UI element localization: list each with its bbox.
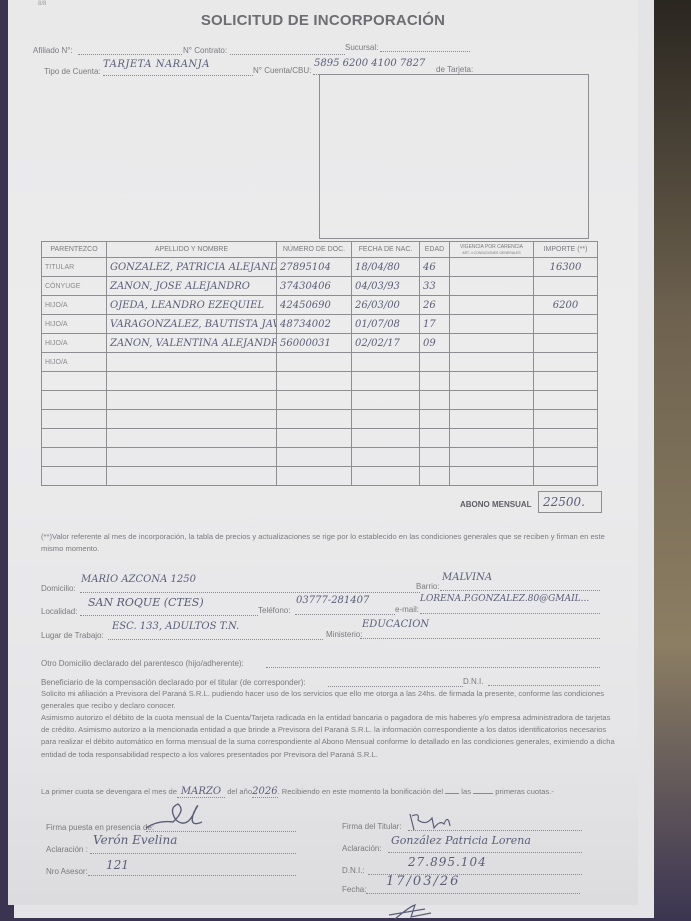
cell-doc[interactable]: 27895104 bbox=[277, 258, 352, 277]
cell-nombre[interactable]: ZANON, VALENTINA ALEJANDRA bbox=[107, 334, 277, 353]
cell-parentesco bbox=[42, 410, 107, 429]
cell-doc[interactable] bbox=[277, 353, 352, 372]
titular-dni-label: D.N.I.: bbox=[342, 866, 365, 875]
cell-vigencia[interactable] bbox=[450, 353, 534, 372]
cell-parentesco bbox=[42, 467, 107, 486]
col-edad: EDAD bbox=[420, 242, 450, 258]
cell-vigencia[interactable] bbox=[450, 277, 534, 296]
afiliado-label: Afiliado N°: bbox=[33, 46, 73, 55]
cell-nombre[interactable] bbox=[107, 353, 277, 372]
cell-importe[interactable] bbox=[534, 353, 598, 372]
table-row: HIJO/AOJEDA, LEANDRO EZEQUIEL4245069026/… bbox=[42, 296, 598, 315]
bonificacion-field[interactable] bbox=[445, 793, 459, 794]
table-row: HIJO/AVARAGONZALEZ, BAUTISTA JAVIER48734… bbox=[42, 315, 598, 334]
cell-fecha[interactable]: 18/04/80 bbox=[352, 258, 420, 277]
cuota-mes-value[interactable]: MARZO bbox=[177, 786, 225, 798]
cell-parentesco bbox=[42, 391, 107, 410]
cell-parentesco: CÓNYUGE bbox=[42, 277, 107, 296]
cuenta-value: 5895 6200 4100 7827 bbox=[314, 58, 425, 69]
sucursal-label: Sucursal: bbox=[345, 43, 378, 52]
table-header-row: PARENTEZCO APELLIDO Y NOMBRE NÚMERO DE D… bbox=[42, 242, 598, 258]
cell-doc[interactable]: 48734002 bbox=[277, 315, 352, 334]
cell-doc[interactable] bbox=[277, 410, 352, 429]
table-row bbox=[42, 372, 598, 391]
cell-fecha[interactable] bbox=[352, 467, 420, 486]
telefono-label: Teléfono: bbox=[258, 606, 290, 615]
cell-doc[interactable] bbox=[277, 448, 352, 467]
table-row bbox=[42, 429, 598, 448]
cell-fecha[interactable] bbox=[352, 353, 420, 372]
cell-vigencia[interactable] bbox=[450, 315, 534, 334]
trabajo-value: ESC. 133, ADULTOS T.N. bbox=[112, 621, 239, 632]
asesor-label: Nro Asesor: bbox=[46, 867, 88, 876]
aclaracion-left-field[interactable] bbox=[90, 853, 296, 854]
sucursal-field[interactable] bbox=[380, 51, 470, 52]
cell-importe[interactable] bbox=[534, 372, 598, 391]
otro-domicilio-label: Otro Domicilio declarado del parentesco … bbox=[41, 659, 244, 668]
dni-label: D.N.I. bbox=[463, 677, 483, 686]
photo-box bbox=[319, 74, 589, 239]
firma-titular-label: Firma del Titular: bbox=[342, 822, 402, 831]
contrato-label: N° Contrato: bbox=[183, 46, 227, 55]
fecha-value: 17/03/26 bbox=[386, 874, 460, 889]
localidad-field[interactable] bbox=[80, 615, 258, 616]
cell-edad[interactable]: 09 bbox=[420, 334, 450, 353]
cell-nombre[interactable] bbox=[107, 467, 277, 486]
cell-nombre[interactable]: GONZALEZ, PATRICIA ALEJANDRA bbox=[107, 258, 277, 277]
cell-importe[interactable] bbox=[534, 391, 598, 410]
tarjeta-label: de Tarjeta: bbox=[436, 65, 473, 74]
email-value: LORENA.P.GONZALEZ.80@GMAIL... bbox=[420, 594, 589, 604]
asesor-value: 121 bbox=[106, 858, 129, 872]
trabajo-label: Lugar de Trabajo: bbox=[41, 631, 104, 640]
telefono-value: 03777-281407 bbox=[296, 595, 369, 606]
table-row: CÓNYUGEZANON, JOSE ALEJANDRO3743040604/0… bbox=[42, 277, 598, 296]
cell-edad[interactable] bbox=[420, 353, 450, 372]
las-field[interactable] bbox=[473, 793, 493, 794]
aclaracion-right-value: González Patricia Lorena bbox=[391, 834, 531, 847]
cell-vigencia[interactable] bbox=[450, 372, 534, 391]
cell-fecha[interactable] bbox=[352, 391, 420, 410]
afiliado-field[interactable] bbox=[78, 54, 182, 55]
col-parentesco: PARENTEZCO bbox=[42, 242, 107, 258]
cell-fecha[interactable]: 26/03/00 bbox=[352, 296, 420, 315]
otro-domicilio-field[interactable] bbox=[266, 667, 600, 668]
cell-parentesco: HIJO/A bbox=[42, 296, 107, 315]
cell-nombre[interactable]: OJEDA, LEANDRO EZEQUIEL bbox=[107, 296, 277, 315]
cell-fecha[interactable]: 01/07/08 bbox=[352, 315, 420, 334]
ministerio-label: Ministerio: bbox=[326, 630, 362, 639]
cell-nombre[interactable] bbox=[107, 372, 277, 391]
cell-edad[interactable]: 46 bbox=[420, 258, 450, 277]
cell-importe[interactable] bbox=[534, 467, 598, 486]
telefono-field[interactable] bbox=[295, 614, 395, 615]
cell-parentesco bbox=[42, 448, 107, 467]
cell-edad[interactable] bbox=[420, 448, 450, 467]
trabajo-field[interactable] bbox=[108, 639, 323, 640]
cell-parentesco bbox=[42, 372, 107, 391]
cell-nombre[interactable] bbox=[107, 410, 277, 429]
cell-fecha[interactable] bbox=[352, 429, 420, 448]
legal-paragraph-2: Asimismo autorizo el débito de la cuota … bbox=[41, 712, 619, 761]
cell-edad[interactable] bbox=[420, 410, 450, 429]
domicilio-label: Domicilio: bbox=[41, 584, 76, 593]
table-row: HIJO/AZANON, VALENTINA ALEJANDRA56000031… bbox=[42, 334, 598, 353]
cell-vigencia[interactable] bbox=[450, 429, 534, 448]
aclaracion-right-label: Aclaración: bbox=[342, 844, 382, 853]
email-field[interactable] bbox=[420, 613, 600, 614]
form-title: SOLICITUD DE INCORPORACIÓN bbox=[8, 12, 638, 29]
cell-vigencia[interactable] bbox=[450, 391, 534, 410]
cell-importe[interactable]: 6200 bbox=[534, 296, 598, 315]
cell-edad[interactable] bbox=[420, 372, 450, 391]
table-row bbox=[42, 391, 598, 410]
cuota-line: La primer cuota se devengara el mes deMA… bbox=[41, 786, 631, 798]
cell-doc[interactable] bbox=[277, 391, 352, 410]
abono-value[interactable]: 22500. bbox=[538, 491, 602, 513]
titular-dni-value: 27.895.104 bbox=[408, 855, 487, 869]
table-row bbox=[42, 448, 598, 467]
cell-vigencia[interactable] bbox=[450, 410, 534, 429]
cell-importe[interactable] bbox=[534, 334, 598, 353]
family-table: PARENTEZCO APELLIDO Y NOMBRE NÚMERO DE D… bbox=[41, 241, 598, 486]
email-label: e-mail: bbox=[395, 605, 419, 614]
beneficiario-dni-field[interactable] bbox=[488, 685, 600, 686]
cell-importe[interactable] bbox=[534, 429, 598, 448]
tipo-cuenta-field[interactable] bbox=[103, 75, 253, 76]
cell-importe[interactable]: 16300 bbox=[534, 258, 598, 277]
cell-doc[interactable] bbox=[277, 429, 352, 448]
localidad-label: Localidad: bbox=[41, 607, 77, 616]
cell-vigencia[interactable] bbox=[450, 334, 534, 353]
tipo-cuenta-label: Tipo de Cuenta: bbox=[44, 67, 101, 76]
holder-signature-icon bbox=[406, 810, 456, 834]
cell-nombre[interactable]: VARAGONZALEZ, BAUTISTA JAVIER bbox=[107, 315, 277, 334]
barrio-value: MALVINA bbox=[442, 572, 492, 583]
ministerio-field[interactable] bbox=[360, 638, 600, 639]
cell-fecha[interactable] bbox=[352, 448, 420, 467]
cell-doc[interactable] bbox=[277, 372, 352, 391]
localidad-value: SAN ROQUE (CTES) bbox=[88, 596, 204, 609]
cell-importe[interactable] bbox=[534, 277, 598, 296]
col-vigencia: VIGENCIA POR CARENCIAART. 4 CONDICIONES … bbox=[450, 242, 534, 258]
cuenta-label: N° Cuenta/CBU: bbox=[253, 66, 311, 75]
aclaracion-left-value: Verón Evelina bbox=[93, 833, 177, 847]
importe-note: (**)Valor referente al mes de incorporac… bbox=[41, 531, 609, 555]
cell-fecha[interactable] bbox=[352, 410, 420, 429]
col-doc: NÚMERO DE DOC. bbox=[277, 242, 352, 258]
cell-fecha[interactable]: 04/03/93 bbox=[352, 277, 420, 296]
domicilio-value: MARIO AZCONA 1250 bbox=[81, 574, 196, 585]
cell-importe[interactable] bbox=[534, 315, 598, 334]
legal-paragraph-1: Solicito mi afiliación a Previsora del P… bbox=[41, 688, 619, 712]
underlying-page-signature-icon bbox=[385, 903, 445, 921]
cell-edad[interactable] bbox=[420, 429, 450, 448]
table-row: TITULARGONZALEZ, PATRICIA ALEJANDRA27895… bbox=[42, 258, 598, 277]
ministerio-value: EDUCACION bbox=[362, 619, 429, 630]
col-nombre: APELLIDO Y NOMBRE bbox=[107, 242, 277, 258]
fecha-label: Fecha: bbox=[342, 885, 366, 894]
cell-parentesco: HIJO/A bbox=[42, 334, 107, 353]
barrio-field[interactable] bbox=[440, 590, 600, 591]
cell-doc[interactable] bbox=[277, 467, 352, 486]
table-row: HIJO/A bbox=[42, 353, 598, 372]
cell-vigencia[interactable] bbox=[450, 467, 534, 486]
tipo-cuenta-value: TARJETA NARANJA bbox=[103, 59, 210, 70]
cuota-anio-value[interactable]: 2026 bbox=[252, 786, 277, 798]
cell-parentesco: HIJO/A bbox=[42, 353, 107, 372]
cell-edad[interactable]: 17 bbox=[420, 315, 450, 334]
cell-nombre[interactable] bbox=[107, 448, 277, 467]
table-row bbox=[42, 410, 598, 429]
barrio-label: Barrio: bbox=[416, 582, 440, 591]
beneficiario-label: Beneficiario de la compensación declarad… bbox=[41, 678, 306, 687]
cell-fecha[interactable]: 02/02/17 bbox=[352, 334, 420, 353]
beneficiario-field[interactable] bbox=[328, 686, 463, 687]
col-importe: IMPORTE (**) bbox=[534, 242, 598, 258]
cell-parentesco: HIJO/A bbox=[42, 315, 107, 334]
abono-label: ABONO MENSUAL bbox=[460, 500, 532, 509]
domicilio-field[interactable] bbox=[80, 592, 420, 593]
asesor-field[interactable] bbox=[88, 875, 296, 876]
cell-doc[interactable]: 37430406 bbox=[277, 277, 352, 296]
aclaracion-left-label: Aclaración : bbox=[46, 845, 88, 854]
background-surface bbox=[650, 0, 691, 921]
cell-edad[interactable]: 33 bbox=[420, 277, 450, 296]
cell-nombre[interactable] bbox=[107, 391, 277, 410]
cell-importe[interactable] bbox=[534, 448, 598, 467]
cell-fecha[interactable] bbox=[352, 372, 420, 391]
cell-parentesco: TITULAR bbox=[42, 258, 107, 277]
cell-doc[interactable]: 42450690 bbox=[277, 296, 352, 315]
table-row bbox=[42, 467, 598, 486]
cell-vigencia[interactable] bbox=[450, 258, 534, 277]
page-number: 8/8 bbox=[38, 1, 46, 7]
cell-nombre[interactable] bbox=[107, 429, 277, 448]
cell-edad[interactable]: 26 bbox=[420, 296, 450, 315]
advisor-signature-icon bbox=[138, 800, 208, 834]
cell-vigencia[interactable] bbox=[450, 448, 534, 467]
form-page: 8/8 SOLICITUD DE INCORPORACIÓN Afiliado … bbox=[8, 0, 638, 905]
contrato-field[interactable] bbox=[230, 54, 345, 55]
cell-vigencia[interactable] bbox=[450, 296, 534, 315]
cell-parentesco bbox=[42, 429, 107, 448]
cell-nombre[interactable]: ZANON, JOSE ALEJANDRO bbox=[107, 277, 277, 296]
fecha-field[interactable] bbox=[366, 893, 580, 894]
col-fecha: FECHA DE NAC. bbox=[352, 242, 420, 258]
aclaracion-right-field[interactable] bbox=[388, 852, 582, 853]
cell-importe[interactable] bbox=[534, 410, 598, 429]
cell-doc[interactable]: 56000031 bbox=[277, 334, 352, 353]
cell-edad[interactable] bbox=[420, 467, 450, 486]
cell-edad[interactable] bbox=[420, 391, 450, 410]
